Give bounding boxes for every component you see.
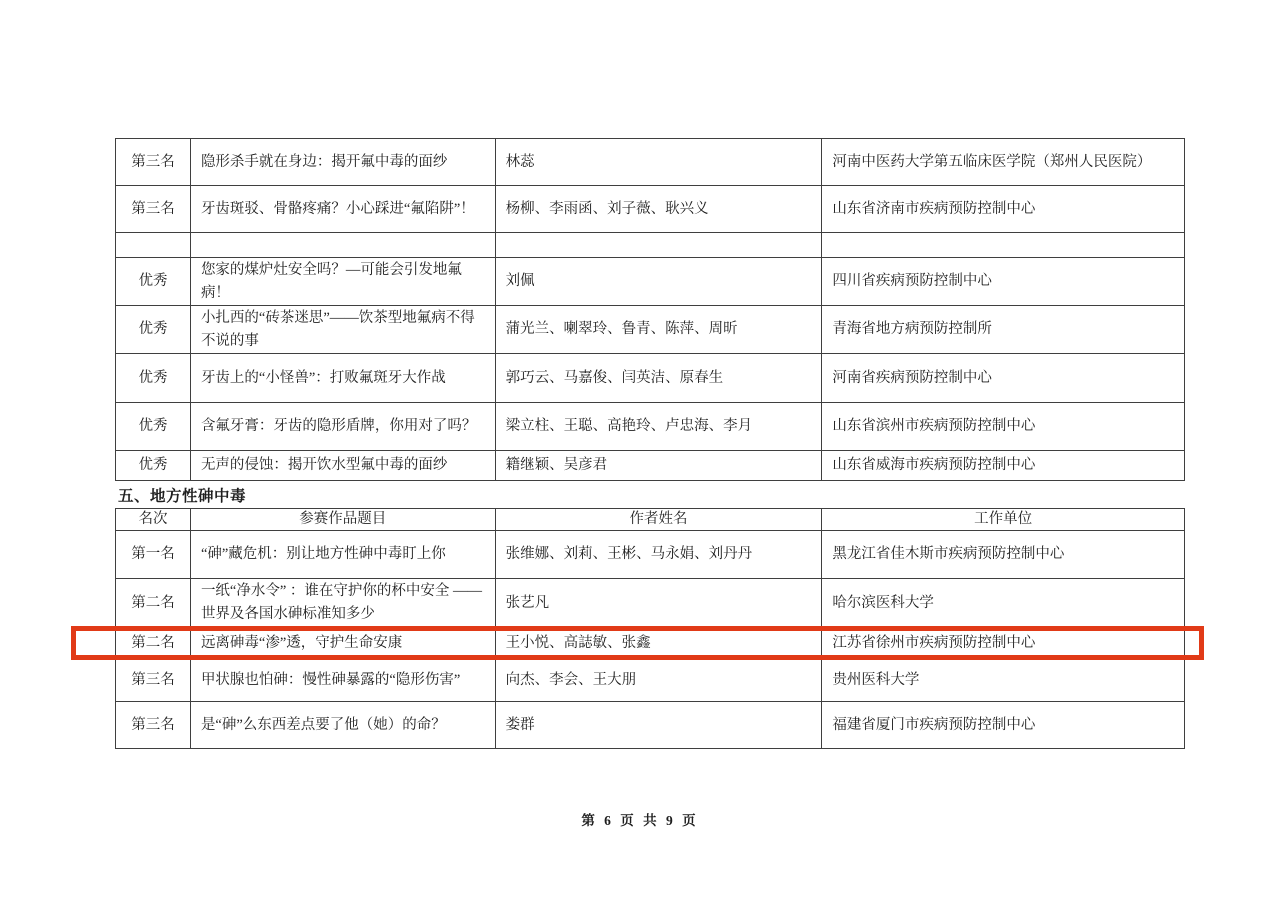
rank-cell: 优秀: [116, 306, 191, 354]
table-row: 第三名 甲状腺也怕砷：慢性砷暴露的“隐形伤害” 向杰、李会、王大朋 贵州医科大学: [116, 660, 1185, 702]
header-rank: 名次: [116, 509, 191, 531]
rank-cell: 第一名: [116, 531, 191, 579]
authors-cell: 娄群: [496, 702, 823, 749]
table-row-highlighted: 第二名 远离砷毒“渗”透，守护生命安康 王小悦、高誌敏、张鑫 江苏省徐州市疾病预…: [116, 628, 1185, 660]
table-row: 优秀 含氟牙膏：牙齿的隐形盾牌，你用对了吗？ 梁立柱、王聪、高艳玲、卢忠海、李月…: [116, 403, 1185, 451]
table-row: 优秀 牙齿上的“小怪兽”：打败氟斑牙大作战 郭巧云、马嘉俊、闫英洁、原春生 河南…: [116, 354, 1185, 403]
rank-cell: 第三名: [116, 139, 191, 186]
header-org: 工作单位: [822, 509, 1185, 531]
authors-cell: 蒲光兰、喇翠玲、鲁青、陈萍、周昕: [496, 306, 823, 354]
authors-cell: 王小悦、高誌敏、张鑫: [496, 628, 823, 660]
authors-cell: 籍继颖、吴彦君: [496, 451, 823, 481]
table-row: 第二名 一纸“净水令” ：谁在守护你的杯中安全 ——世界及各国水砷标准知多少 张…: [116, 579, 1185, 628]
org-cell: 四川省疾病预防控制中心: [822, 258, 1185, 306]
header-title: 参赛作品题目: [191, 509, 496, 531]
org-cell: 哈尔滨医科大学: [822, 579, 1185, 628]
table-row: 优秀 无声的侵蚀：揭开饮水型氟中毒的面纱 籍继颖、吴彦君 山东省威海市疾病预防控…: [116, 451, 1185, 481]
header-authors: 作者姓名: [496, 509, 823, 531]
title-cell: [191, 233, 496, 258]
title-cell: 一纸“净水令” ：谁在守护你的杯中安全 ——世界及各国水砷标准知多少: [191, 579, 496, 628]
arsenic-award-table: 名次 参赛作品题目 作者姓名 工作单位 第一名 “砷”藏危机：别让地方性砷中毒盯…: [115, 508, 1185, 749]
org-cell: 贵州医科大学: [822, 660, 1185, 702]
authors-cell: [496, 233, 823, 258]
document-page: 第三名 隐形杀手就在身边：揭开氟中毒的面纱 林蕊 河南中医药大学第五临床医学院（…: [0, 0, 1280, 904]
rank-cell: 第三名: [116, 186, 191, 233]
title-cell: 含氟牙膏：牙齿的隐形盾牌，你用对了吗？: [191, 403, 496, 451]
authors-cell: 梁立柱、王聪、高艳玲、卢忠海、李月: [496, 403, 823, 451]
table-row-empty: [116, 233, 1185, 258]
fluorosis-award-table: 第三名 隐形杀手就在身边：揭开氟中毒的面纱 林蕊 河南中医药大学第五临床医学院（…: [115, 138, 1185, 481]
table-header-row: 名次 参赛作品题目 作者姓名 工作单位: [116, 509, 1185, 531]
table-row: 优秀 您家的煤炉灶安全吗？—可能会引发地氟病！ 刘佩 四川省疾病预防控制中心: [116, 258, 1185, 306]
table-row: 第一名 “砷”藏危机：别让地方性砷中毒盯上你 张维娜、刘莉、王彬、马永娟、刘丹丹…: [116, 531, 1185, 579]
rank-cell: 优秀: [116, 403, 191, 451]
authors-cell: 郭巧云、马嘉俊、闫英洁、原春生: [496, 354, 823, 403]
rank-cell: 优秀: [116, 354, 191, 403]
rank-cell: [116, 233, 191, 258]
rank-cell: 优秀: [116, 451, 191, 481]
title-cell: “砷”藏危机：别让地方性砷中毒盯上你: [191, 531, 496, 579]
authors-cell: 张维娜、刘莉、王彬、马永娟、刘丹丹: [496, 531, 823, 579]
authors-cell: 向杰、李会、王大朋: [496, 660, 823, 702]
title-cell: 远离砷毒“渗”透，守护生命安康: [191, 628, 496, 660]
org-cell: 黑龙江省佳木斯市疾病预防控制中心: [822, 531, 1185, 579]
authors-cell: 张艺凡: [496, 579, 823, 628]
rank-cell: 第二名: [116, 579, 191, 628]
title-cell: 小扎西的“砖茶迷思”——饮茶型地氟病不得不说的事: [191, 306, 496, 354]
org-cell: 江苏省徐州市疾病预防控制中心: [822, 628, 1185, 660]
title-cell: 隐形杀手就在身边：揭开氟中毒的面纱: [191, 139, 496, 186]
rank-cell: 第三名: [116, 660, 191, 702]
title-cell: 是“砷”么东西差点要了他（她）的命？: [191, 702, 496, 749]
title-cell: 您家的煤炉灶安全吗？—可能会引发地氟病！: [191, 258, 496, 306]
org-cell: 青海省地方病预防控制所: [822, 306, 1185, 354]
title-cell: 无声的侵蚀：揭开饮水型氟中毒的面纱: [191, 451, 496, 481]
org-cell: 山东省滨州市疾病预防控制中心: [822, 403, 1185, 451]
page-number-footer: 第 6 页 共 9 页: [0, 809, 1280, 829]
org-cell: 河南中医药大学第五临床医学院（郑州人民医院）: [822, 139, 1185, 186]
table-row: 优秀 小扎西的“砖茶迷思”——饮茶型地氟病不得不说的事 蒲光兰、喇翠玲、鲁青、陈…: [116, 306, 1185, 354]
rank-cell: 优秀: [116, 258, 191, 306]
title-cell: 牙齿斑驳、骨骼疼痛？小心踩进“氟陷阱”！: [191, 186, 496, 233]
authors-cell: 杨柳、李雨函、刘子薇、耿兴义: [496, 186, 823, 233]
section-heading: 五、地方性砷中毒: [118, 484, 246, 506]
rank-cell: 第二名: [116, 628, 191, 660]
title-cell: 甲状腺也怕砷：慢性砷暴露的“隐形伤害”: [191, 660, 496, 702]
table-row: 第三名 是“砷”么东西差点要了他（她）的命？ 娄群 福建省厦门市疾病预防控制中心: [116, 702, 1185, 749]
rank-cell: 第三名: [116, 702, 191, 749]
table-row: 第三名 隐形杀手就在身边：揭开氟中毒的面纱 林蕊 河南中医药大学第五临床医学院（…: [116, 139, 1185, 186]
org-cell: 山东省威海市疾病预防控制中心: [822, 451, 1185, 481]
authors-cell: 林蕊: [496, 139, 823, 186]
org-cell: 山东省济南市疾病预防控制中心: [822, 186, 1185, 233]
table-row: 第三名 牙齿斑驳、骨骼疼痛？小心踩进“氟陷阱”！ 杨柳、李雨函、刘子薇、耿兴义 …: [116, 186, 1185, 233]
org-cell: 河南省疾病预防控制中心: [822, 354, 1185, 403]
org-cell: [822, 233, 1185, 258]
authors-cell: 刘佩: [496, 258, 823, 306]
org-cell: 福建省厦门市疾病预防控制中心: [822, 702, 1185, 749]
title-cell: 牙齿上的“小怪兽”：打败氟斑牙大作战: [191, 354, 496, 403]
